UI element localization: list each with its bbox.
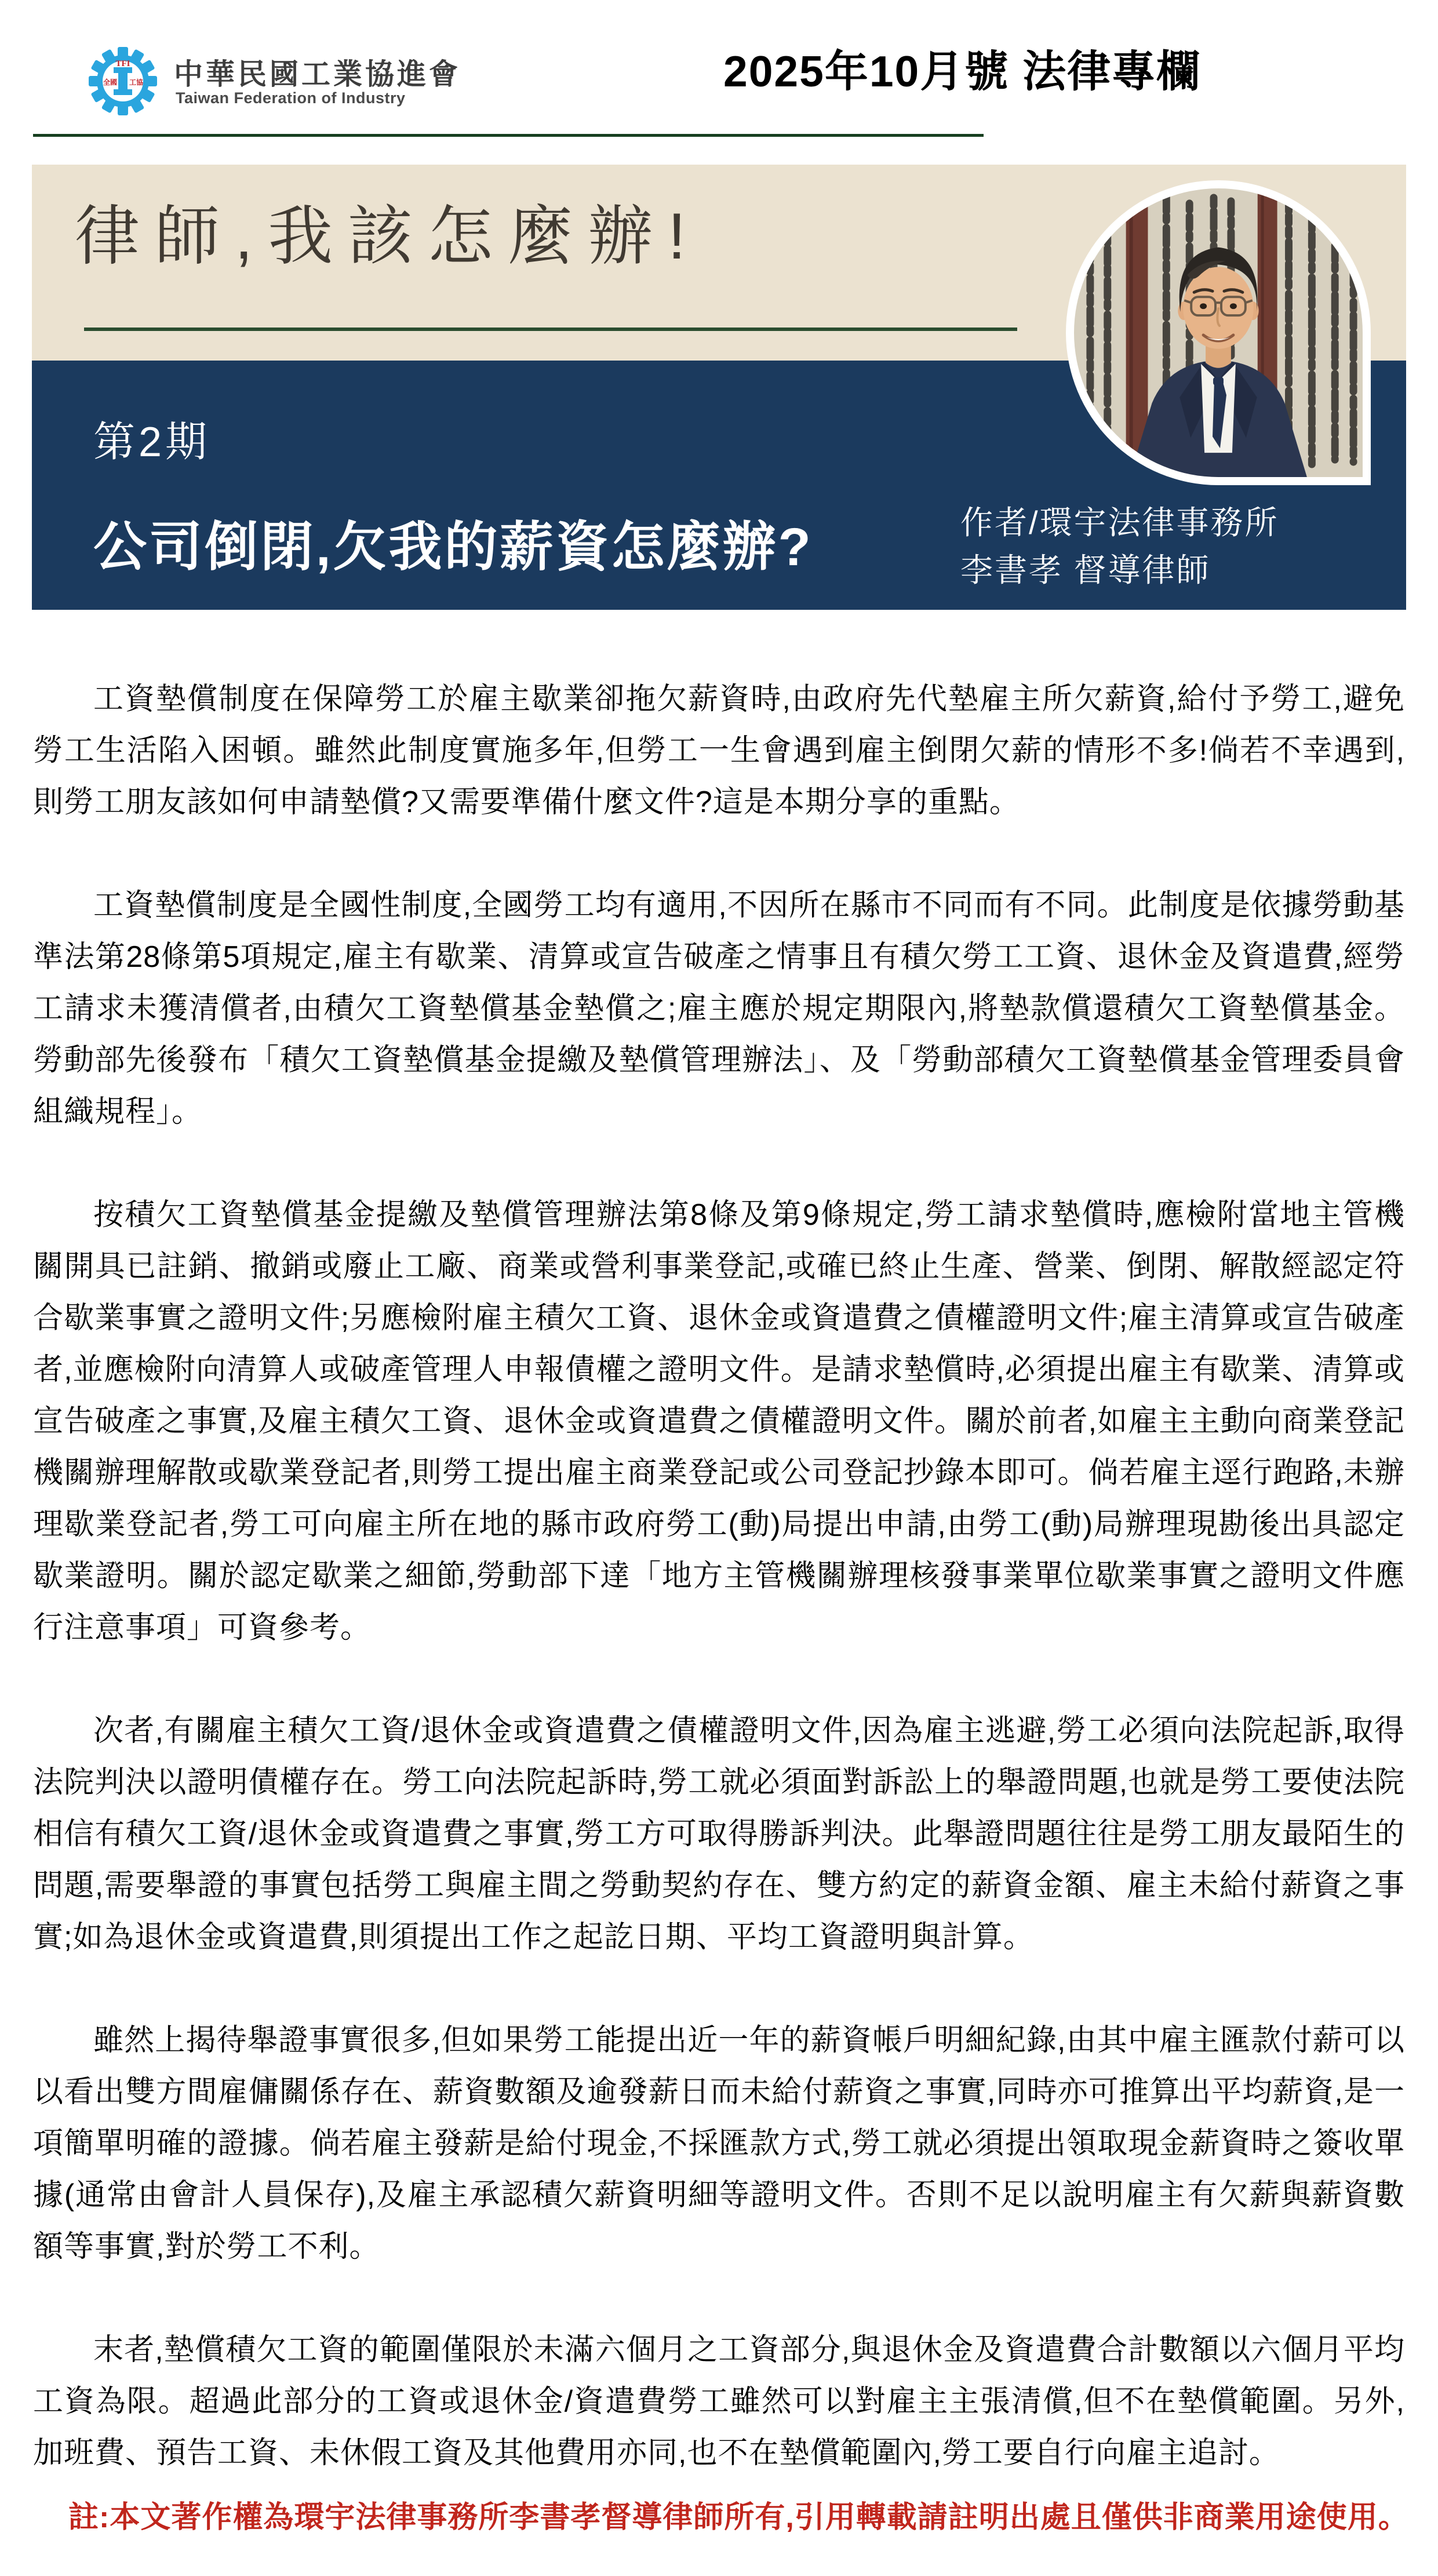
- article-paragraph: 次者,有關雇主積欠工資/退休金或資遣費之債權證明文件,因為雇主逃避,勞工必須向法…: [33, 1705, 1405, 1963]
- author-caption-line2: 李書孝 督導律師: [960, 545, 1211, 591]
- banner-headline: 律師,我該怎麼辦!: [75, 184, 701, 278]
- author-photo: [1074, 188, 1363, 477]
- svg-text:全國: 全國: [103, 78, 117, 86]
- article-paragraph: 工資墊償制度是全國性制度,全國勞工均有適用,不因所在縣市不同而有不同。此制度是依…: [33, 880, 1405, 1138]
- banner-underline: [84, 328, 1017, 331]
- org-name-zh: 中華民國工業協進會: [174, 51, 461, 93]
- svg-text:工協: 工協: [129, 78, 144, 86]
- article-paragraph: 雖然上揭待舉證事實很多,但如果勞工能提出近一年的薪資帳戶明細紀錄,由其中雇主匯款…: [33, 2015, 1405, 2273]
- lawyer-portrait-illustration: [1074, 188, 1363, 477]
- author-caption-line1: 作者/環宇法律事務所: [960, 497, 1279, 544]
- svg-text:TFI: TFI: [115, 59, 130, 68]
- tfi-gear-logo-icon: TFI 全國 工協: [88, 46, 158, 116]
- author-photo-frame: [1066, 180, 1371, 485]
- feature-title: 公司倒閉,欠我的薪資怎麼辦?: [93, 504, 813, 581]
- copyright-note: 註:本文著作權為環宇法律事務所李書孝督導律師所有,引用轉載請註明出處且僅供非商業…: [68, 2493, 1396, 2536]
- article-paragraph: 工資墊償制度在保障勞工於雇主歇業卻拖欠薪資時,由政府先代墊雇主所欠薪資,給付予勞…: [33, 674, 1405, 828]
- issue-title: 2025年10月號 法律專欄: [723, 37, 1201, 99]
- article-paragraph: 按積欠工資墊償基金提繳及墊償管理辦法第8條及第9條規定,勞工請求墊償時,應檢附當…: [33, 1189, 1405, 1654]
- article-paragraph: 末者,墊償積欠工資的範圍僅限於未滿六個月之工資部分,與退休金及資遣費合計數額以六…: [33, 2324, 1405, 2479]
- article-body: 工資墊償制度在保障勞工於雇主歇業卻拖欠薪資時,由政府先代墊雇主所欠薪資,給付予勞…: [33, 674, 1405, 2531]
- issue-number-label: 第2期: [93, 408, 210, 468]
- header-rule: [33, 134, 984, 137]
- org-name-en: Taiwan Federation of Industry: [176, 89, 406, 107]
